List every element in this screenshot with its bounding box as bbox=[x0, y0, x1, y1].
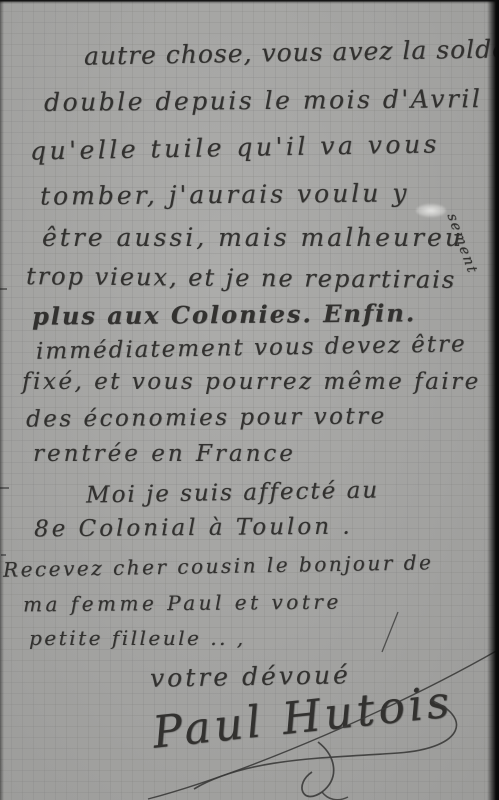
scan-edge-left bbox=[0, 0, 4, 800]
paper-light-spot bbox=[416, 204, 446, 217]
letter-line-16: petite filleule .. , bbox=[29, 626, 246, 650]
letter-line-14: Recevez cher cousin le bonjour de bbox=[3, 550, 434, 582]
letter-line-3: qu'elle tuile qu'il va vous bbox=[30, 129, 440, 165]
letter-closing: votre dévoué bbox=[150, 660, 351, 693]
letter-line-12: Moi je suis affecté au bbox=[86, 477, 380, 508]
letter-line-2: double depuis le mois d'Avril bbox=[44, 84, 483, 117]
scanned-letter-page: autre chose, vous avez la solde double d… bbox=[0, 0, 499, 800]
letter-line-6: trop vieux, et je ne repartirais bbox=[26, 262, 456, 294]
letter-line-7: plus aux Colonies. Enfin. bbox=[32, 298, 416, 330]
letter-line-15: ma femme Paul et votre bbox=[23, 590, 342, 617]
letter-line-9: fixé, et vous pourrez même faire bbox=[22, 369, 481, 395]
letter-line-8: immédiatement vous devez être bbox=[36, 331, 467, 365]
letter-line-11: rentrée en France bbox=[33, 441, 296, 467]
letter-line-4: tomber, j'aurais voulu y bbox=[40, 178, 410, 210]
scan-edge-top bbox=[0, 0, 499, 4]
scan-edge-right bbox=[487, 0, 499, 800]
letter-line-1: autre chose, vous avez la solde bbox=[84, 34, 499, 70]
letter-line-10: des économies pour votre bbox=[26, 403, 387, 432]
letter-line-5: être aussi, mais malheureu bbox=[42, 223, 464, 252]
letter-line-13: 8e Colonial à Toulon . bbox=[34, 514, 353, 543]
